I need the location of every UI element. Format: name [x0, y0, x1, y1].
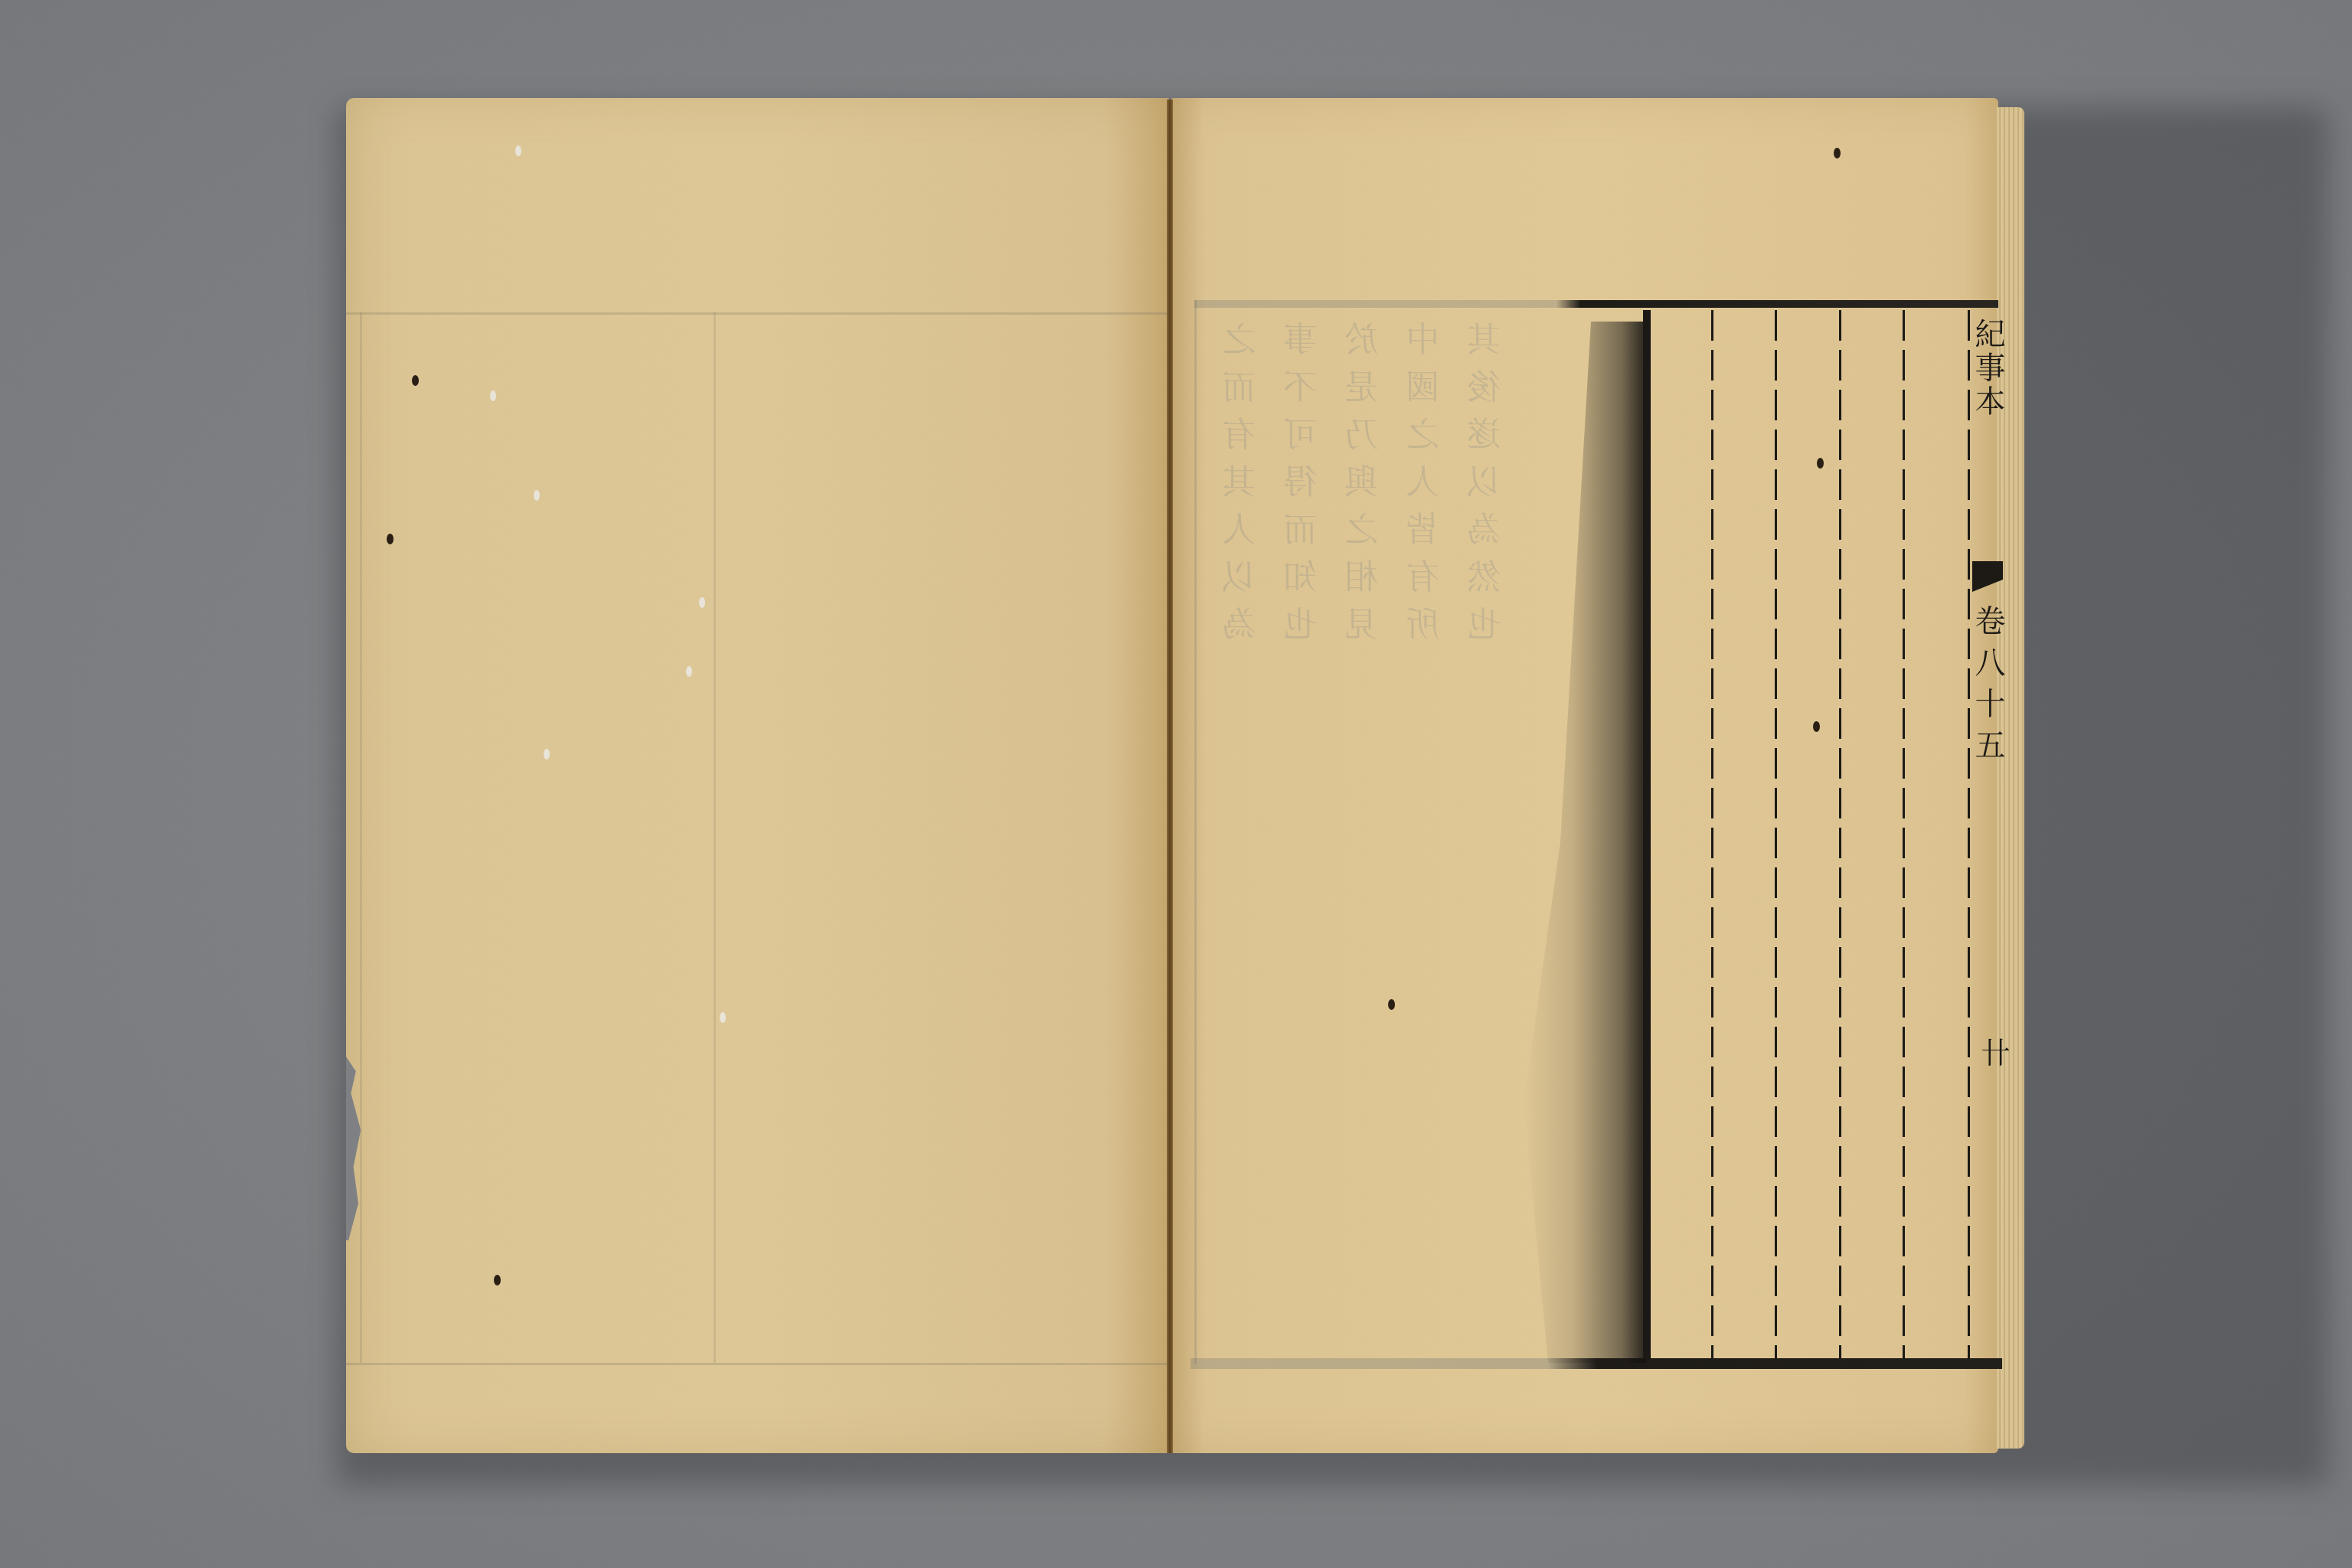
worm-hole	[387, 534, 394, 544]
bleed-through-text: 其後遂以為然也	[1470, 322, 1505, 1340]
worm-hole	[494, 1275, 501, 1285]
printed-frame-left	[1194, 300, 1197, 1364]
bleed-through-text: 事不可得而知也	[1286, 322, 1321, 1340]
worm-hole	[1817, 458, 1824, 469]
worm-hole	[412, 375, 419, 386]
margin-book-title: 紀事本	[1972, 318, 2003, 419]
left-page	[346, 98, 1169, 1453]
worm-hole	[1813, 721, 1820, 732]
ghost-frame-bottom	[346, 1363, 1169, 1365]
ghost-frame-left	[360, 312, 362, 1363]
column-rule	[1903, 310, 1905, 1359]
worm-hole	[1388, 999, 1395, 1010]
column-rule	[1968, 310, 1970, 1359]
inner-block-border	[1643, 310, 1651, 1359]
bleed-through-text: 之而有其人以為	[1225, 322, 1260, 1340]
bleed-through-text: 中國之人皆有所	[1409, 322, 1444, 1340]
pale-spot	[515, 145, 521, 156]
bleed-through-text: 於是乃與之相見	[1347, 322, 1383, 1340]
fish-tail-icon	[1972, 561, 2003, 592]
pale-spot	[699, 597, 705, 608]
column-rule	[1839, 310, 1841, 1359]
ghost-frame-top	[346, 312, 1169, 315]
block-heart-margin: 紀事本 卷八十五 卄	[1972, 310, 2003, 1359]
margin-page-number: 卄	[1972, 1037, 2014, 1067]
pale-spot	[534, 490, 540, 501]
pale-spot	[720, 1012, 726, 1023]
spine-gutter	[1167, 100, 1173, 1453]
pale-spot	[686, 666, 692, 677]
ghost-column-rule	[714, 312, 716, 1363]
pale-spot	[490, 390, 496, 401]
pale-spot	[544, 749, 550, 759]
margin-volume-number: 卷八十五	[1972, 605, 2003, 770]
column-rule	[1775, 310, 1777, 1359]
printed-frame-top	[1194, 300, 1998, 308]
column-rule	[1711, 310, 1713, 1359]
worm-hole	[1834, 148, 1841, 158]
